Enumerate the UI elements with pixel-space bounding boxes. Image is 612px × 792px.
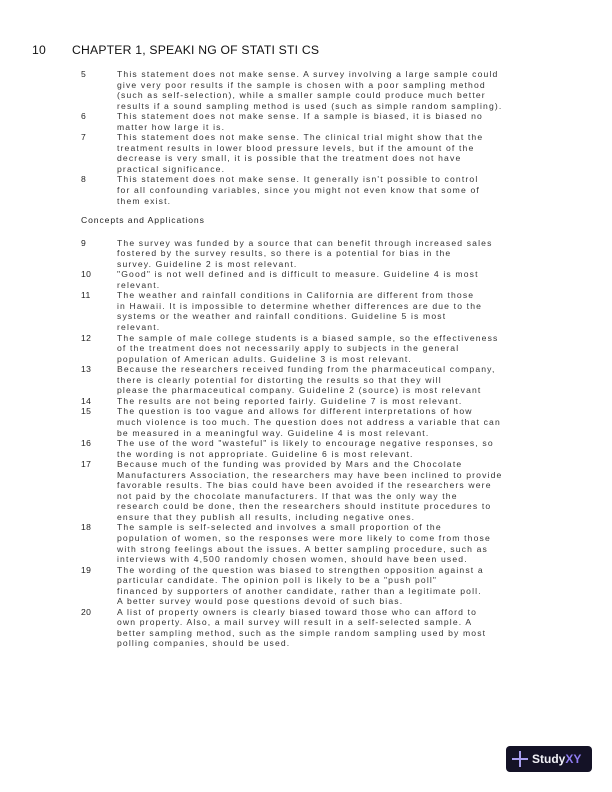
item-number: 10 — [81, 269, 91, 280]
item-number: 18 — [81, 522, 91, 533]
answer-item: 15The question is too vague and allows f… — [81, 406, 581, 438]
section-title: Concepts and Applications — [81, 215, 581, 226]
answer-item: 6This statement does not make sense. If … — [81, 111, 581, 132]
item-number: 16 — [81, 438, 91, 449]
answer-item: 9The survey was funded by a source that … — [81, 238, 581, 270]
answer-item: 12The sample of male college students is… — [81, 333, 581, 365]
item-number: 5 — [81, 69, 86, 80]
item-text: Because much of the funding was provided… — [117, 459, 581, 522]
studyxy-badge[interactable]: StudyXY — [506, 746, 592, 772]
answer-item: 7This statement does not make sense. The… — [81, 132, 581, 174]
item-text: The weather and rainfall conditions in C… — [117, 290, 581, 332]
page-number: 10 — [32, 43, 72, 57]
answer-item: 19The wording of the question was biased… — [81, 565, 581, 607]
answer-item: 5This statement does not make sense. A s… — [81, 69, 581, 111]
answer-item: 14The results are not being reported fai… — [81, 396, 581, 407]
plus-icon — [512, 751, 528, 767]
answer-item: 8This statement does not make sense. It … — [81, 174, 581, 206]
item-text: The question is too vague and allows for… — [117, 406, 581, 438]
item-text: This statement does not make sense. If a… — [117, 111, 581, 132]
answer-item: 20A list of property owners is clearly b… — [81, 607, 581, 649]
answer-list-part1: 5This statement does not make sense. A s… — [81, 69, 581, 206]
item-text: A list of property owners is clearly bia… — [117, 607, 581, 649]
item-text: The wording of the question was biased t… — [117, 565, 581, 607]
answer-item: 18The sample is self-selected and involv… — [81, 522, 581, 564]
item-text: Because the researchers received funding… — [117, 364, 581, 396]
item-number: 19 — [81, 565, 91, 576]
item-text: The use of the word "wasteful" is likely… — [117, 438, 581, 459]
item-number: 20 — [81, 607, 91, 618]
page-header: 10CHAPTER 1, SPEAKI NG OF STATI STI CS — [32, 43, 319, 57]
answer-item: 13Because the researchers received fundi… — [81, 364, 581, 396]
item-text: This statement does not make sense. It g… — [117, 174, 581, 206]
answer-item: 11The weather and rainfall conditions in… — [81, 290, 581, 332]
document-body: 5This statement does not make sense. A s… — [81, 69, 581, 649]
item-text: This statement does not make sense. The … — [117, 132, 581, 174]
brand-text: Study — [532, 752, 565, 766]
answer-list-part2: 9The survey was funded by a source that … — [81, 238, 581, 649]
item-text: The sample of male college students is a… — [117, 333, 581, 365]
item-text: The results are not being reported fairl… — [117, 396, 581, 407]
item-number: 9 — [81, 238, 86, 249]
brand-accent: XY — [565, 752, 581, 766]
item-text: The sample is self-selected and involves… — [117, 522, 581, 564]
item-number: 14 — [81, 396, 91, 407]
item-number: 11 — [81, 290, 91, 301]
item-number: 13 — [81, 364, 91, 375]
item-text: This statement does not make sense. A su… — [117, 69, 581, 111]
answer-item: 17Because much of the funding was provid… — [81, 459, 581, 522]
item-text: The survey was funded by a source that c… — [117, 238, 581, 270]
answer-item: 16The use of the word "wasteful" is like… — [81, 438, 581, 459]
item-text: "Good" is not well defined and is diffic… — [117, 269, 581, 290]
item-number: 17 — [81, 459, 91, 470]
item-number: 7 — [81, 132, 86, 143]
item-number: 8 — [81, 174, 86, 185]
answer-item: 10"Good" is not well defined and is diff… — [81, 269, 581, 290]
item-number: 6 — [81, 111, 86, 122]
item-number: 12 — [81, 333, 91, 344]
chapter-title: CHAPTER 1, SPEAKI NG OF STATI STI CS — [72, 43, 319, 57]
item-number: 15 — [81, 406, 91, 417]
